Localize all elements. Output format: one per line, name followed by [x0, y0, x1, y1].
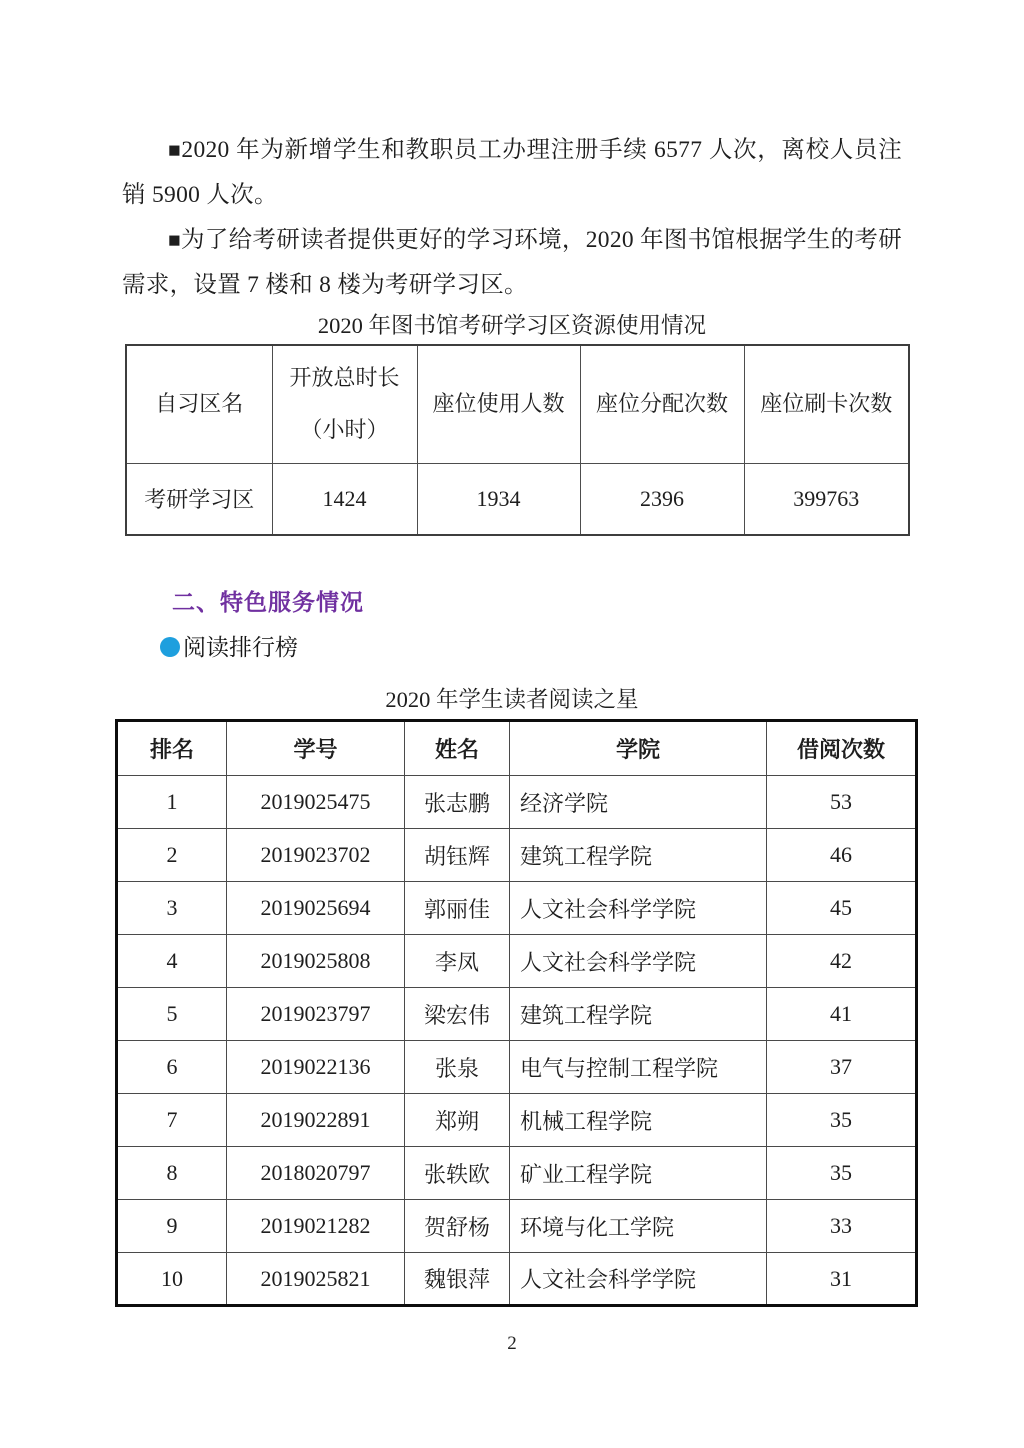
header-cell-open-hours: 开放总时长 （小时） — [272, 345, 417, 463]
cell-borrow-count: 35 — [767, 1094, 917, 1147]
header-cell-student-id: 学号 — [227, 721, 405, 776]
header-cell-college: 学院 — [510, 721, 767, 776]
cell-rank: 4 — [117, 935, 227, 988]
table-row: 9 2019021282 贺舒杨 环境与化工学院 33 — [117, 1200, 917, 1253]
cell-college: 机械工程学院 — [510, 1094, 767, 1147]
header-cell-seat-assignments: 座位分配次数 — [580, 345, 744, 463]
square-bullet-icon: ■ — [168, 228, 181, 252]
paragraph-study-area: ■为了给考研读者提供更好的学习环境，2020 年图书馆根据学生的考研需求，设置 … — [122, 218, 902, 308]
header-cell-name: 姓名 — [405, 721, 510, 776]
cell-rank: 8 — [117, 1147, 227, 1200]
table-row: 6 2019022136 张泉 电气与控制工程学院 37 — [117, 1041, 917, 1094]
cell-rank: 5 — [117, 988, 227, 1041]
table-row: 5 2019023797 梁宏伟 建筑工程学院 41 — [117, 988, 917, 1041]
cell-college: 建筑工程学院 — [510, 829, 767, 882]
cell-student-id: 2019022136 — [227, 1041, 405, 1094]
reading-ranking-label: 阅读排行榜 — [183, 635, 298, 660]
cell-name: 胡钰辉 — [405, 829, 510, 882]
paragraph-registration: ■2020 年为新增学生和教职员工办理注册手续 6577 人次，离校人员注销 5… — [122, 128, 902, 218]
table-row: 8 2018020797 张轶欧 矿业工程学院 35 — [117, 1147, 917, 1200]
cell-borrow-count: 45 — [767, 882, 917, 935]
cell-name: 张志鹏 — [405, 776, 510, 829]
header-cell-borrow-count: 借阅次数 — [767, 721, 917, 776]
cell-name: 张泉 — [405, 1041, 510, 1094]
cell-student-id: 2019022891 — [227, 1094, 405, 1147]
page-content: ■2020 年为新增学生和教职员工办理注册手续 6577 人次，离校人员注销 5… — [122, 128, 902, 1307]
cell-name: 郑朔 — [405, 1094, 510, 1147]
table-row: 7 2019022891 郑朔 机械工程学院 35 — [117, 1094, 917, 1147]
cell-rank: 2 — [117, 829, 227, 882]
cell-student-id: 2019023797 — [227, 988, 405, 1041]
table-row: 10 2019025821 魏银萍 人文社会科学学院 31 — [117, 1253, 917, 1306]
cell-student-id: 2019025475 — [227, 776, 405, 829]
table-header-row: 排名 学号 姓名 学院 借阅次数 — [117, 721, 917, 776]
study-area-table: 自习区名 开放总时长 （小时） 座位使用人数 座位分配次数 座位刷卡次数 考研学… — [125, 344, 910, 536]
square-bullet-icon: ■ — [168, 138, 181, 162]
header-cell-rank: 排名 — [117, 721, 227, 776]
table-row: 3 2019025694 郭丽佳 人文社会科学学院 45 — [117, 882, 917, 935]
cell-seat-swipes: 399763 — [744, 463, 909, 535]
header-cell-seat-users: 座位使用人数 — [417, 345, 580, 463]
cell-rank: 1 — [117, 776, 227, 829]
cell-student-id: 2019025821 — [227, 1253, 405, 1306]
table-row: 2 2019023702 胡钰辉 建筑工程学院 46 — [117, 829, 917, 882]
header-cell-seat-swipes: 座位刷卡次数 — [744, 345, 909, 463]
table-row: 1 2019025475 张志鹏 经济学院 53 — [117, 776, 917, 829]
cell-college: 人文社会科学学院 — [510, 882, 767, 935]
paragraph-text: 2020 年为新增学生和教职员工办理注册手续 6577 人次，离校人员注销 59… — [122, 137, 902, 208]
cell-borrow-count: 35 — [767, 1147, 917, 1200]
cell-borrow-count: 46 — [767, 829, 917, 882]
cell-college: 环境与化工学院 — [510, 1200, 767, 1253]
cell-college: 人文社会科学学院 — [510, 1253, 767, 1306]
table-row: 考研学习区 1424 1934 2396 399763 — [126, 463, 909, 535]
cell-name: 贺舒杨 — [405, 1200, 510, 1253]
circle-bullet-icon — [160, 637, 180, 657]
cell-student-id: 2019025808 — [227, 935, 405, 988]
study-area-table-title: 2020 年图书馆考研学习区资源使用情况 — [122, 308, 902, 344]
cell-borrow-count: 33 — [767, 1200, 917, 1253]
document-page: ■2020 年为新增学生和教职员工办理注册手续 6577 人次，离校人员注销 5… — [0, 0, 1024, 1448]
cell-area-name: 考研学习区 — [126, 463, 272, 535]
paragraph-text: 为了给考研读者提供更好的学习环境，2020 年图书馆根据学生的考研需求，设置 7… — [122, 227, 902, 298]
cell-college: 经济学院 — [510, 776, 767, 829]
cell-college: 人文社会科学学院 — [510, 935, 767, 988]
cell-seat-users: 1934 — [417, 463, 580, 535]
cell-borrow-count: 42 — [767, 935, 917, 988]
cell-rank: 3 — [117, 882, 227, 935]
cell-college: 电气与控制工程学院 — [510, 1041, 767, 1094]
reading-star-table-title: 2020 年学生读者阅读之星 — [122, 682, 902, 718]
table-row: 4 2019025808 李凤 人文社会科学学院 42 — [117, 935, 917, 988]
cell-name: 魏银萍 — [405, 1253, 510, 1306]
cell-student-id: 2018020797 — [227, 1147, 405, 1200]
cell-name: 李凤 — [405, 935, 510, 988]
cell-borrow-count: 41 — [767, 988, 917, 1041]
table-header-row: 自习区名 开放总时长 （小时） 座位使用人数 座位分配次数 座位刷卡次数 — [126, 345, 909, 463]
cell-college: 建筑工程学院 — [510, 988, 767, 1041]
cell-rank: 7 — [117, 1094, 227, 1147]
cell-rank: 6 — [117, 1041, 227, 1094]
cell-rank: 9 — [117, 1200, 227, 1253]
cell-student-id: 2019023702 — [227, 829, 405, 882]
cell-borrow-count: 53 — [767, 776, 917, 829]
cell-name: 梁宏伟 — [405, 988, 510, 1041]
cell-name: 张轶欧 — [405, 1147, 510, 1200]
header-cell-area-name: 自习区名 — [126, 345, 272, 463]
reading-star-table: 排名 学号 姓名 学院 借阅次数 1 2019025475 张志鹏 经济学院 5… — [115, 719, 918, 1307]
cell-name: 郭丽佳 — [405, 882, 510, 935]
reading-ranking-item: 阅读排行榜 — [160, 630, 902, 666]
cell-borrow-count: 37 — [767, 1041, 917, 1094]
cell-seat-assignments: 2396 — [580, 463, 744, 535]
cell-open-hours: 1424 — [272, 463, 417, 535]
section-heading-special-services: 二、特色服务情况 — [172, 586, 902, 620]
cell-college: 矿业工程学院 — [510, 1147, 767, 1200]
cell-student-id: 2019025694 — [227, 882, 405, 935]
cell-student-id: 2019021282 — [227, 1200, 405, 1253]
cell-borrow-count: 31 — [767, 1253, 917, 1306]
cell-rank: 10 — [117, 1253, 227, 1306]
page-number: 2 — [0, 1333, 1024, 1355]
